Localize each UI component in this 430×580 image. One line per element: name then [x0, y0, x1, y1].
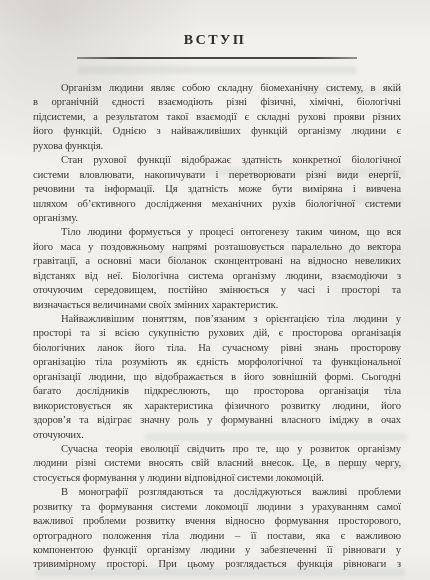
text-line: його функцій. Однією з найважливіших фун…	[33, 125, 401, 139]
text-line: відстанях від неї. Біологічна система ор…	[33, 270, 401, 284]
text-line: тривимірному просторі. При цьому розгляд…	[33, 558, 401, 572]
text-line: використовується як характеристика фізич…	[33, 400, 401, 414]
text-line: Організм людини являє собою складну біом…	[33, 82, 401, 96]
text-line: гравітації, а основні маси біоланок скон…	[33, 255, 401, 269]
text-line: системи вловлювати, накопичувати і перет…	[33, 169, 401, 183]
text-line: організму.	[33, 212, 401, 226]
text-line: Стан рухової функції відображає здатніст…	[33, 154, 401, 168]
text-line: в органічній єдності взаємодіють різні ф…	[33, 96, 401, 110]
title-underline	[77, 57, 357, 59]
paragraph: Сучасна теорія еволюції свідчить про те,…	[33, 443, 401, 486]
text-line: оточуючих.	[33, 429, 401, 443]
paragraph: Стан рухової функції відображає здатніст…	[33, 154, 401, 226]
text-line: організації людини, що відображається в …	[33, 371, 401, 385]
paragraph: Організм людини являє собою складну біом…	[33, 82, 401, 154]
text-line: Тіло людини формується у процесі онтоген…	[33, 226, 401, 240]
text-line: його маса у поздовжньому напрямі розташо…	[33, 241, 401, 255]
text-line: компонентою функції організму людини у з…	[33, 544, 401, 558]
text-line: ортоградного положення тіла людини – її …	[33, 530, 401, 544]
text-line: стосується формування у людини відповідн…	[33, 472, 401, 486]
text-line: оточуючим середовищем, постійно змінюєть…	[33, 284, 401, 298]
page-title: ВСТУП	[0, 33, 430, 49]
text-line: здоров’я та відіграє значну роль у форму…	[33, 414, 401, 428]
paragraph: Тіло людини формується у процесі онтоген…	[33, 226, 401, 313]
text-line: біологічних ланок його тіла. На сучасном…	[33, 342, 401, 356]
text-line: Найважливішим поняттям, пов’язаним з орі…	[33, 313, 401, 327]
text-line: організацію тіла розуміють як єдність мо…	[33, 356, 401, 370]
paragraph: Найважливішим поняттям, пов’язаним з орі…	[33, 313, 401, 443]
text-line: Сучасна теорія еволюції свідчить про те,…	[33, 443, 401, 457]
paragraph: В монографії розглядаються та досліджуют…	[33, 486, 401, 573]
text-line: шляхом об’єктивного дослідження механічн…	[33, 198, 401, 212]
text-line: просторі та зі всією сукупністю рухових …	[33, 327, 401, 341]
body-text: Організм людини являє собою складну біом…	[33, 82, 401, 573]
scanned-page: ВСТУП Організм людини являє собою складн…	[0, 0, 430, 580]
text-line: людини різні системи вносять свій власни…	[33, 457, 401, 471]
show-through-artifact	[78, 66, 356, 74]
text-line: розвитку та формування системи локомоції…	[33, 501, 401, 515]
text-line: важливої проблеми розвитку вчення віднос…	[33, 515, 401, 529]
text-line: речовини та інформації. Ця здатність мож…	[33, 183, 401, 197]
text-line: багато дослідників підкреслюють, що прос…	[33, 385, 401, 399]
text-line: рухова функція.	[33, 140, 401, 154]
text-line: В монографії розглядаються та досліджуют…	[33, 486, 401, 500]
text-line: підсистеми, а результатом такої взаємоді…	[33, 111, 401, 125]
text-line: визначається величинами своїх змінних ха…	[33, 299, 401, 313]
